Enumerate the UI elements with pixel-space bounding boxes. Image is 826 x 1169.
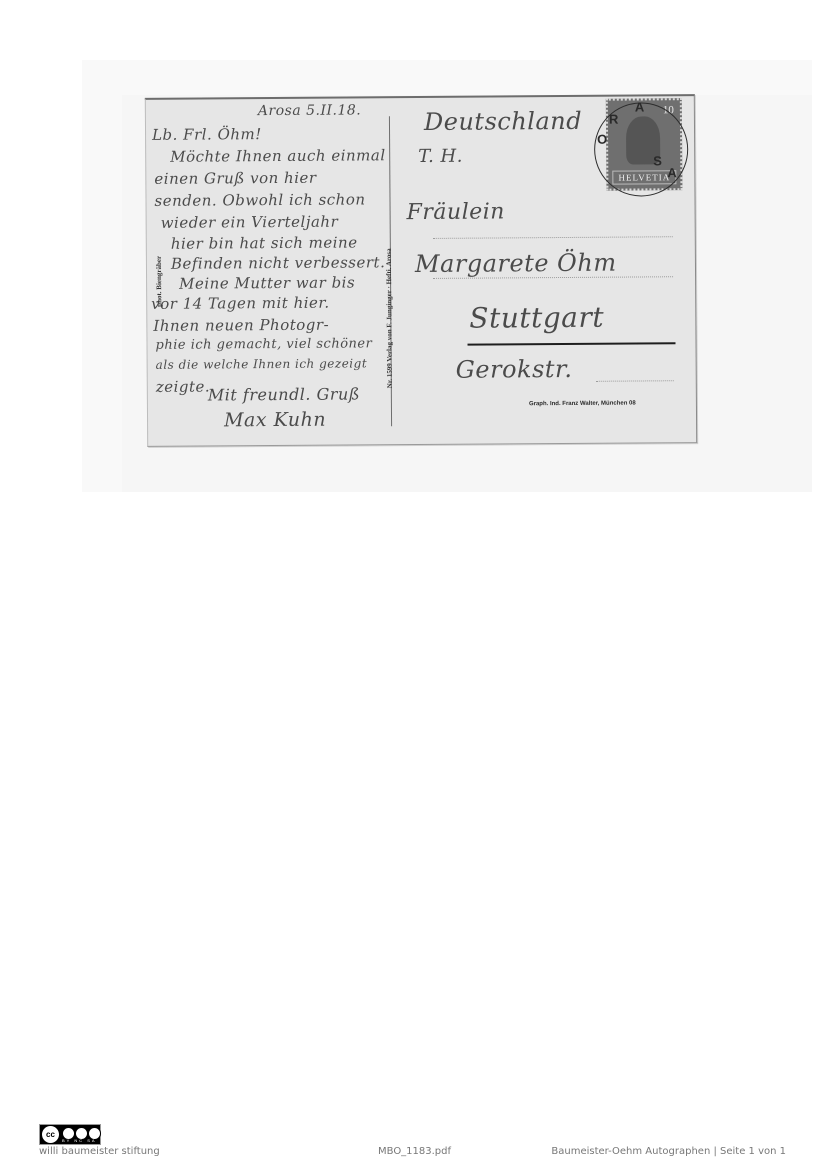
message-line: Befinden nicht verbessert. (171, 253, 385, 272)
message-line: hier bin hat sich meine (171, 233, 358, 252)
postmark-letter: O (597, 132, 607, 147)
publisher-imprint: Nr. 1599 Verlag von F. Junginger · Hefti… (385, 248, 394, 388)
message-line: phie ich gemacht, viel schöner (155, 336, 372, 353)
message-line: einen Gruß von hier (154, 169, 316, 188)
printer-imprint: Graph. Ind. Franz Walter, München 08 (529, 401, 636, 408)
place-date: Arosa 5.II.18. (258, 102, 361, 119)
footer-publisher: willi baumeister stiftung (39, 1146, 160, 1157)
license-terms: BY NC SA (62, 1138, 97, 1143)
postmark-letter: S (653, 153, 662, 168)
address-city: Stuttgart (469, 301, 604, 335)
photo-credit: phot. Biengräber (155, 256, 163, 307)
postmark-letter: A (667, 165, 676, 180)
message-line: Lb. Frl. Öhm! (152, 125, 262, 144)
cc-icon: cc (42, 1126, 59, 1143)
address-name: Margarete Öhm (415, 249, 617, 278)
address-dotted-line (433, 236, 673, 239)
city-underline (468, 342, 676, 345)
address-street: Gerokstr. (456, 355, 573, 384)
message-line: Meine Mutter war bis (179, 273, 355, 292)
address-abbrev: T. H. (418, 146, 463, 167)
address-salutation: Fräulein (407, 199, 506, 225)
message-line: wieder ein Vierteljahr (161, 213, 339, 232)
message-line: senden. Obwohl ich schon (154, 190, 365, 209)
message-line: zeigte. (156, 377, 210, 395)
postcard: Arosa 5.II.18. Lb. Frl. Öhm! Möchte Ihne… (145, 94, 697, 447)
message-line: Möchte Ihnen auch einmal (170, 146, 386, 166)
footer-filename: MBO_1183.pdf (378, 1146, 451, 1157)
page-footer: willi baumeister stiftung MBO_1183.pdf B… (0, 1146, 826, 1162)
signature: Max Kuhn (224, 409, 326, 432)
message-closing: Mit freundl. Gruß (208, 384, 360, 404)
footer-collection-page: Baumeister-Oehm Autographen | Seite 1 vo… (551, 1146, 786, 1157)
message-line: als die welche Ihnen ich gezeigt (156, 356, 368, 371)
cc-by-nc-sa-icon: cc BY NC SA (39, 1124, 101, 1145)
message-line: Ihnen neuen Photogr- (153, 316, 329, 335)
postmark-icon: A R O S A (594, 102, 689, 197)
postmark-letter: A (635, 99, 644, 114)
address-country: Deutschland (424, 107, 582, 136)
postmark-letter: R (609, 112, 618, 127)
message-line: vor 14 Tagen mit hier. (151, 294, 330, 313)
address-dotted-line (596, 380, 674, 382)
